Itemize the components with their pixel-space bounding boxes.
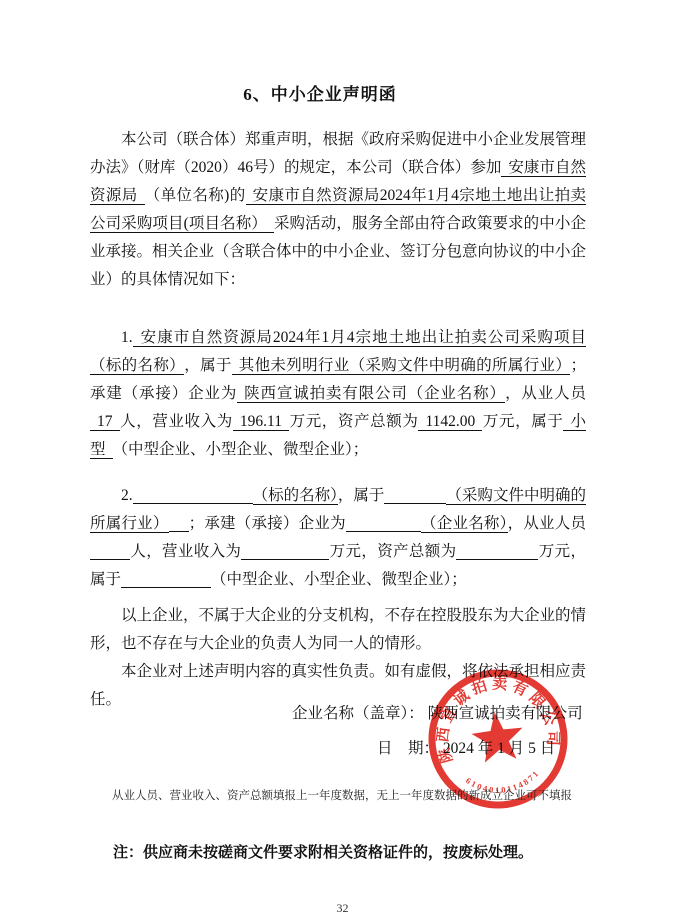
document-page: 6、中小企业声明函 本公司（联合体）郑重声明，根据《政府采购促进中小企业发展管理… bbox=[0, 0, 685, 912]
text-run: ，属于 bbox=[338, 487, 385, 504]
underlined-fill-value: 1142.00 bbox=[418, 413, 482, 431]
text-run: ，从业人员 bbox=[508, 515, 586, 532]
text-run: （单位名称)的 bbox=[145, 187, 246, 204]
underlined-fill-value: 陕西宣诚拍卖有限公司（企业名称） bbox=[237, 385, 505, 403]
text-run: 1. bbox=[121, 329, 133, 346]
text-run: 人，营业收入为 bbox=[130, 543, 241, 560]
underlined-fill-value: 196.11 bbox=[233, 413, 289, 431]
underlined-fill-value: 17 bbox=[90, 413, 120, 431]
underlined-fill-value: （标的名称） bbox=[253, 487, 338, 505]
text-run: （中型企业、小型企业、微型企业）； bbox=[113, 441, 369, 458]
note-invalid-bid: 注：供应商未按磋商文件要求附相关资格证件的，按废标处理。 bbox=[113, 841, 533, 862]
item-1-enterprise-details: 1.安康市自然资源局2024年1月4宗地土地出让拍卖公司采购项目（标的名称），属… bbox=[90, 324, 586, 464]
blank-fill-line bbox=[169, 517, 189, 532]
blank-fill-line bbox=[384, 489, 446, 504]
text-run: 万元，资产总额为 bbox=[329, 543, 456, 560]
no-large-enterprise-statement: 以上企业，不属于大企业的分支机构，不存在控股股东为大企业的情形，也不存在与大企业… bbox=[90, 602, 586, 658]
text-run: ；承建（承接）企业为 bbox=[189, 515, 346, 532]
blank-fill-line bbox=[456, 545, 538, 560]
page-number: 32 bbox=[0, 901, 685, 912]
underlined-fill-value: 其他未列明行业（采购文件中明确的所属行业） bbox=[232, 357, 571, 375]
text-run: 以上企业，不属于大企业的分支机构，不存在控股股东为大企业的情形，也不存在与大企业… bbox=[90, 607, 586, 652]
blank-fill-line bbox=[90, 545, 130, 560]
blank-fill-line bbox=[121, 573, 211, 588]
company-seal-label: 企业名称（盖章）： bbox=[292, 705, 424, 722]
text-run: ，从业人员 bbox=[505, 385, 586, 402]
declaration-intro: 本公司（联合体）郑重声明，根据《政府采购促进中小企业发展管理办法》（财库（202… bbox=[90, 126, 586, 294]
footnote-annual-data: 从业人员、营业收入、资产总额填报上一年度数据，无上一年度数据的新成立企业可不填报 bbox=[112, 787, 612, 803]
document-title: 6、中小企业声明函 bbox=[0, 80, 640, 105]
item-2-blank-template: 2.（标的名称），属于（采购文件中明确的所属行业）；承建（承接）企业为（企业名称… bbox=[90, 482, 586, 594]
blank-fill-line bbox=[133, 489, 253, 504]
underlined-fill-value: （企业名称） bbox=[421, 515, 508, 533]
text-run: ，属于 bbox=[184, 357, 232, 374]
blank-fill-line bbox=[241, 545, 329, 560]
document-body: 本公司（联合体）郑重声明，根据《政府采购促进中小企业发展管理办法》（财库（202… bbox=[90, 126, 586, 714]
text-run: 万元，属于 bbox=[482, 413, 563, 430]
blank-fill-line bbox=[346, 517, 421, 532]
text-run: （中型企业、小型企业、微型企业）； bbox=[211, 571, 467, 588]
text-run: 2. bbox=[121, 487, 133, 504]
text-run: 万元，资产总额为 bbox=[289, 413, 419, 430]
seal-star-icon bbox=[469, 709, 526, 764]
text-run: 人，营业收入为 bbox=[120, 413, 233, 430]
